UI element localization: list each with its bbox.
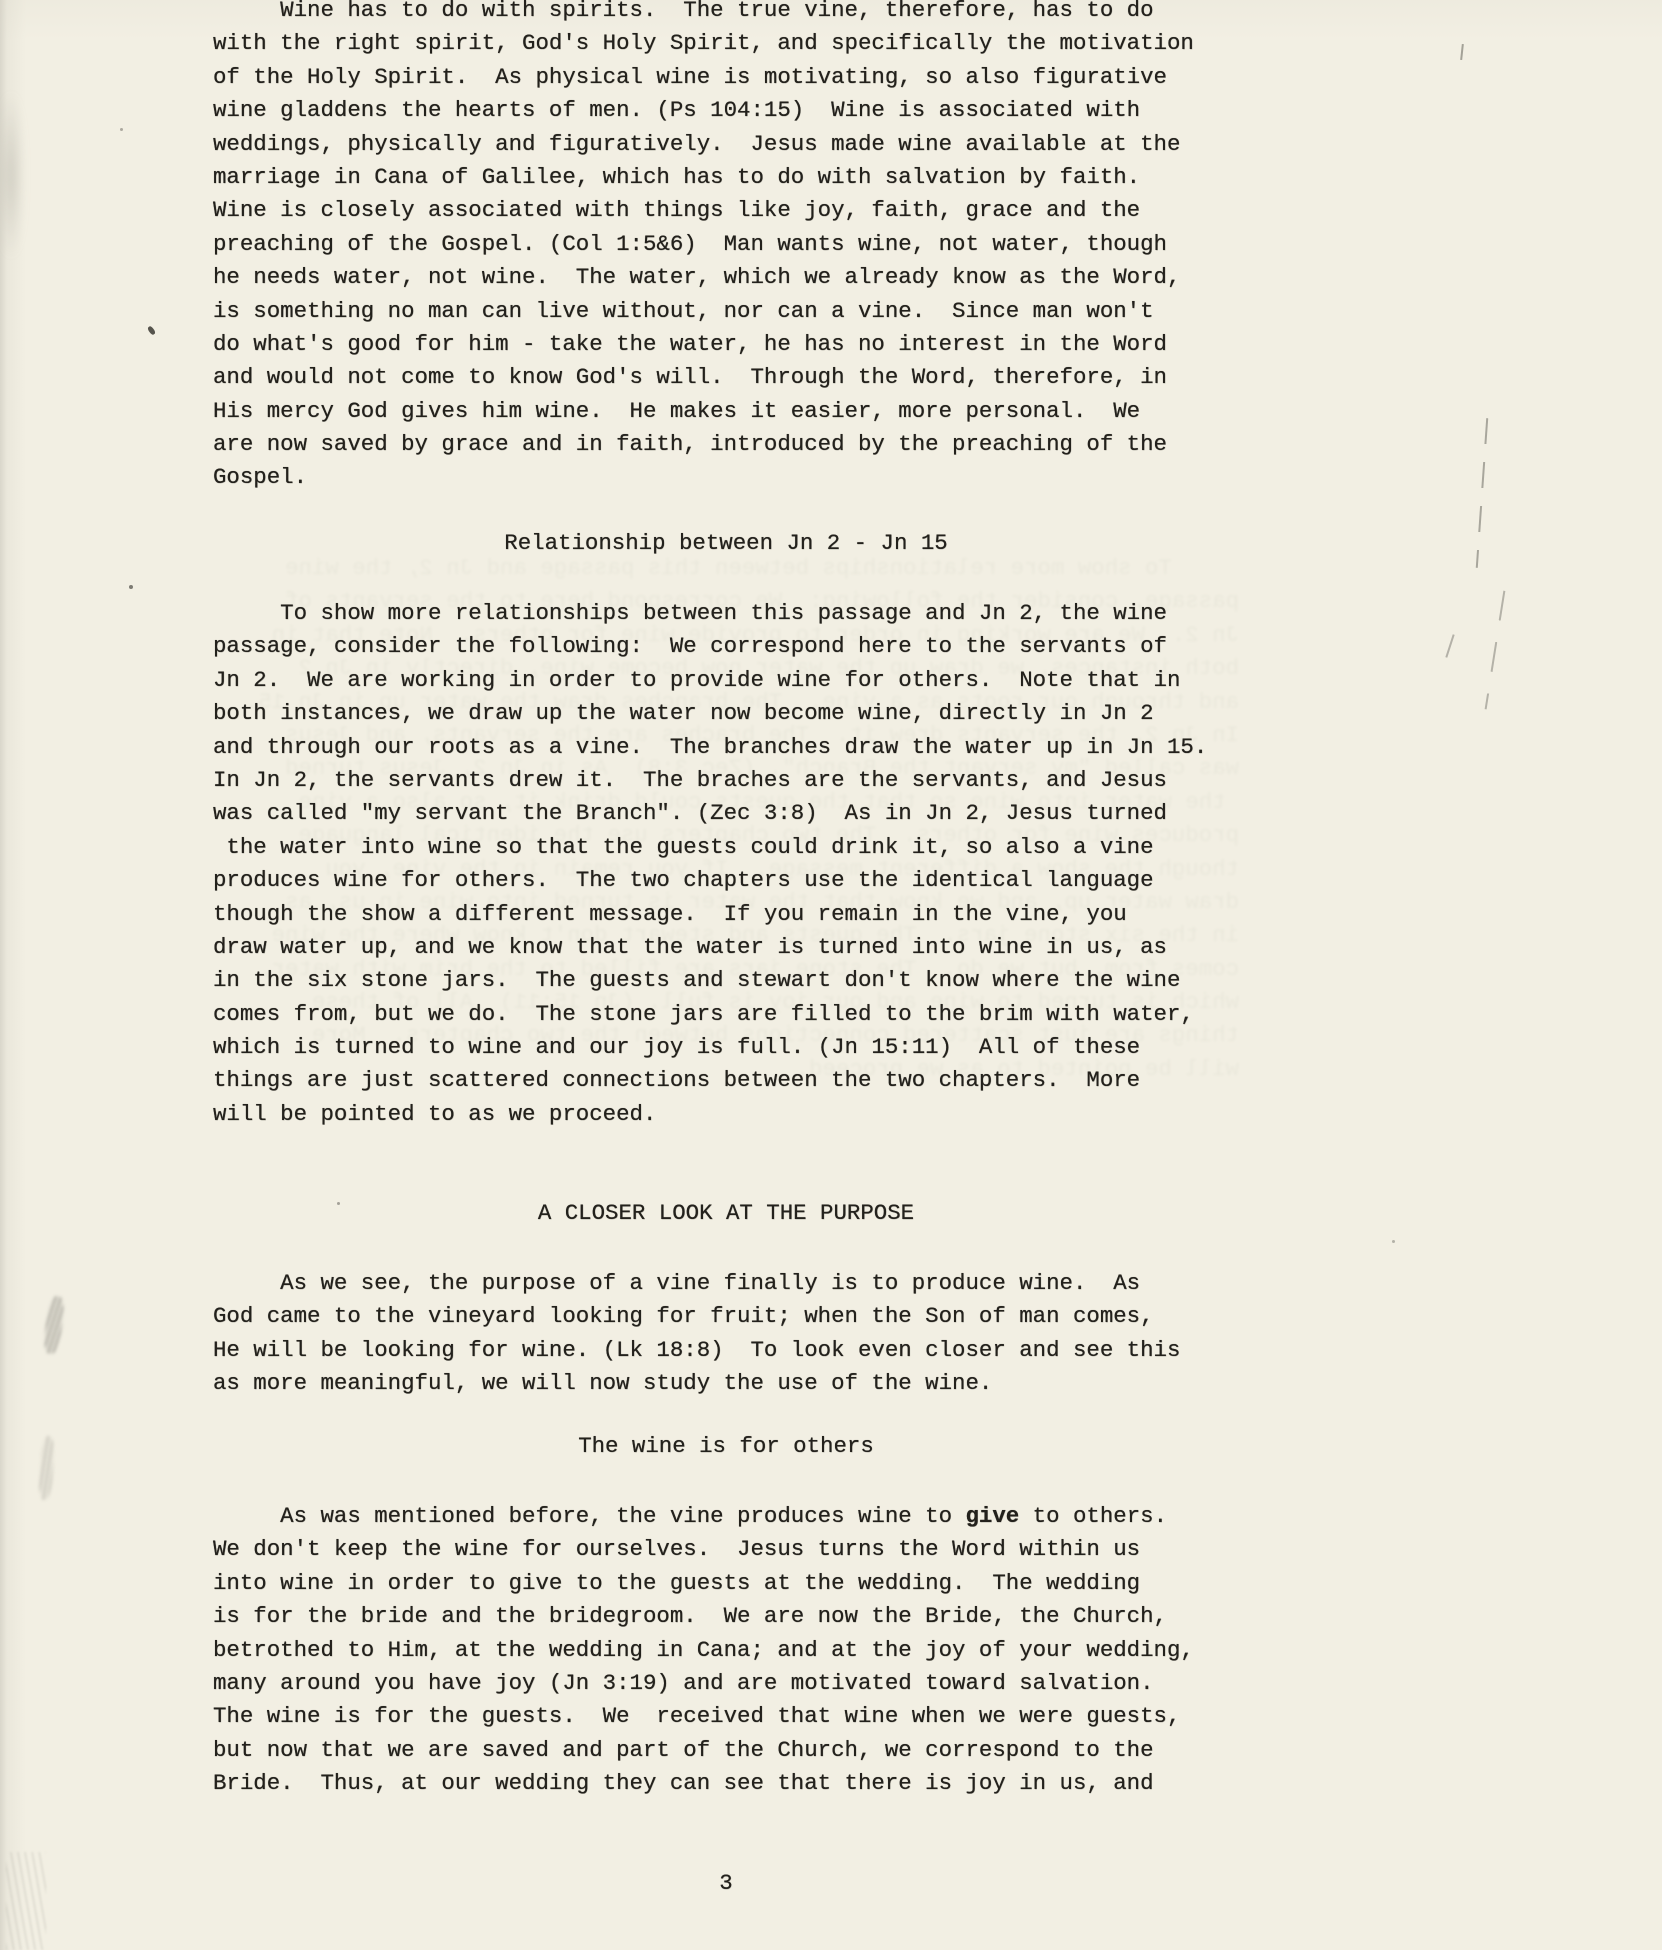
text-line: Wine is closely associated with things l… [213,194,1239,227]
text-line: Jn 2. We are working in order to provide… [213,664,1239,697]
scan-speck [120,128,123,131]
paragraph: Wine has to do with spirits. The true vi… [213,0,1239,495]
scan-smudge [6,1852,46,1950]
paragraph: As was mentioned before, the vine produc… [213,1500,1239,1801]
text-line: do what's good for him - take the water,… [213,328,1239,361]
text-line: God came to the vineyard looking for fru… [213,1300,1239,1333]
text-line: was called "my servant the Branch". (Zec… [213,797,1239,830]
text-column: Wine has to do with spirits. The true vi… [213,0,1239,1950]
text-line: of the Holy Spirit. As physical wine is … [213,61,1239,94]
text-line: In Jn 2, the servants drew it. The brach… [213,764,1239,797]
scan-speck [147,325,156,335]
paragraph: As we see, the purpose of a vine finally… [213,1267,1239,1401]
text-line: passage, consider the following: We corr… [213,630,1239,663]
text-line: We don't keep the wine for ourselves. Je… [213,1533,1239,1566]
section-heading: A CLOSER LOOK AT THE PURPOSE [213,1197,1239,1230]
text-line: though the show a different message. If … [213,898,1239,931]
text-line: He will be looking for wine. (Lk 18:8) T… [213,1334,1239,1367]
text-line: and through our roots as a vine. The bra… [213,731,1239,764]
text-line: draw water up, and we know that the wate… [213,931,1239,964]
section-heading: The wine is for others [213,1430,1239,1463]
scan-smudge [0,55,28,295]
page-number: 3 [213,1867,1239,1900]
text-line: Wine has to do with spirits. The true vi… [213,0,1239,27]
text-line: both instances, we draw up the water now… [213,697,1239,730]
text-line: into wine in order to give to the guests… [213,1567,1239,1600]
text-line: but now that we are saved and part of th… [213,1734,1239,1767]
text-line: His mercy God gives him wine. He makes i… [213,395,1239,428]
text-line: is for the bride and the bridegroom. We … [213,1600,1239,1633]
text-line: in the six stone jars. The guests and st… [213,964,1239,997]
text-line: betrothed to Him, at the wedding in Cana… [213,1634,1239,1667]
text-line: To show more relationships between this … [213,597,1239,630]
scan-hairline [1460,44,1464,60]
text-line: The wine is for the guests. We received … [213,1700,1239,1733]
text-line: many around you have joy (Jn 3:19) and a… [213,1667,1239,1700]
scan-hairline [1476,418,1488,568]
scan-speck [129,585,133,589]
text-line: with the right spirit, God's Holy Spirit… [213,27,1239,60]
text-line: is something no man can live without, no… [213,295,1239,328]
text-line: weddings, physically and figuratively. J… [213,128,1239,161]
text-line: comes from, but we do. The stone jars ar… [213,998,1239,1031]
text-line: which is turned to wine and our joy is f… [213,1031,1239,1064]
scan-hairline [1485,591,1506,710]
text-line: produces wine for others. The two chapte… [213,864,1239,897]
text-line: preaching of the Gospel. (Col 1:5&6) Man… [213,228,1239,261]
text-line: will be pointed to as we proceed. [213,1098,1239,1131]
scan-hairline [1445,634,1454,657]
paragraph: To show more relationships between this … [213,597,1239,1131]
text-line: wine gladdens the hearts of men. (Ps 104… [213,94,1239,127]
scanned-document: { "page": { "paper_color": "#f2efe3", "i… [0,0,1662,1950]
scan-speck [1392,1240,1395,1243]
text-line: as more meaningful, we will now study th… [213,1367,1239,1400]
text-line: As was mentioned before, the vine produc… [213,1500,1239,1533]
text-line: marriage in Cana of Galilee, which has t… [213,161,1239,194]
scan-smudge [42,1295,66,1355]
scan-smudge [38,1436,55,1501]
text-line: are now saved by grace and in faith, int… [213,428,1239,461]
text-line: things are just scattered connections be… [213,1064,1239,1097]
text-line: and would not come to know God's will. T… [213,361,1239,394]
document-page: To show more relationships between this … [0,0,1662,1950]
text-line: Gospel. [213,461,1239,494]
text-line: the water into wine so that the guests c… [213,831,1239,864]
section-heading: Relationship between Jn 2 - Jn 15 [213,527,1239,560]
text-line: he needs water, not wine. The water, whi… [213,261,1239,294]
text-line: As we see, the purpose of a vine finally… [213,1267,1239,1300]
text-line: Bride. Thus, at our wedding they can see… [213,1767,1239,1800]
